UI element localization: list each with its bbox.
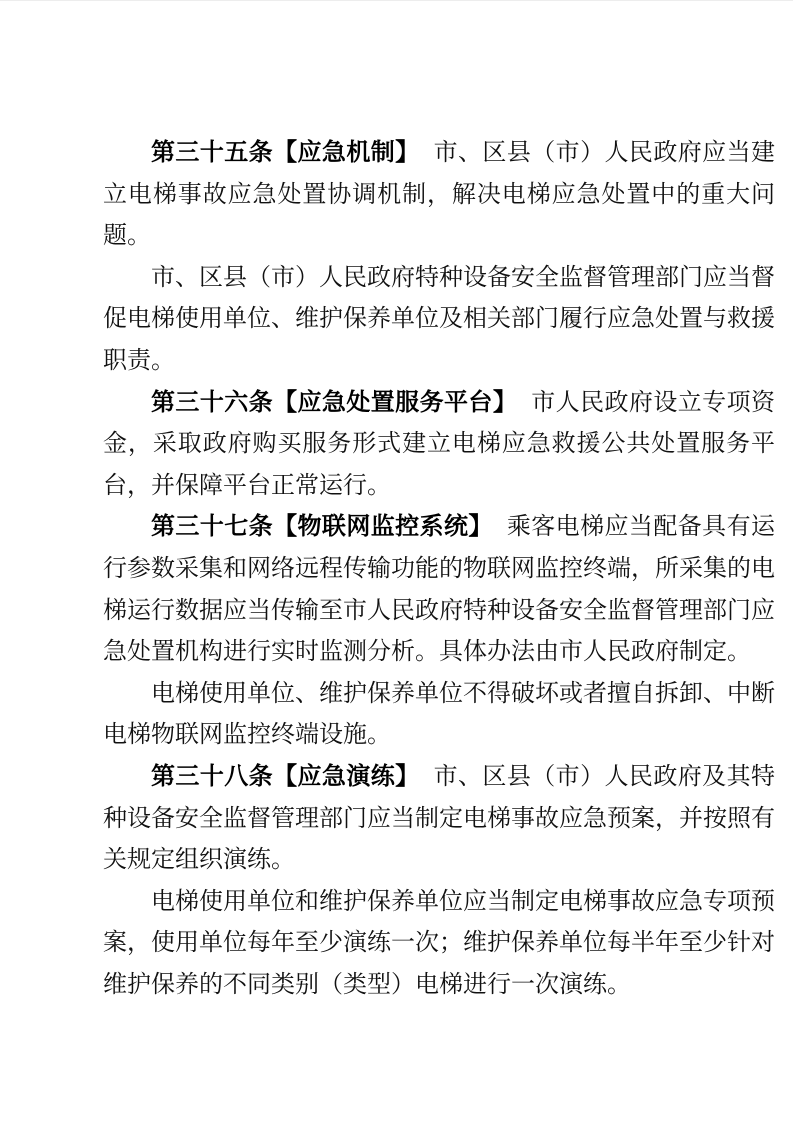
article-heading: 第三十五条【应急机制】	[151, 138, 420, 166]
paragraph: 电梯使用单位和维护保养单位应当制定电梯事故应急专项预案，使用单位每年至少演练一次…	[103, 881, 775, 1006]
paragraph: 第三十五条【应急机制】市、区县（市）人民政府应当建立电梯事故应急处置协调机制，解…	[103, 132, 775, 257]
paragraph: 第三十七条【物联网监控系统】乘客电梯应当配备具有运行参数采集和网络远程传输功能的…	[103, 506, 775, 672]
document-body: 第三十五条【应急机制】市、区县（市）人民政府应当建立电梯事故应急处置协调机制，解…	[103, 132, 775, 1005]
document-page: 第三十五条【应急机制】市、区县（市）人民政府应当建立电梯事故应急处置协调机制，解…	[0, 0, 793, 1122]
paragraph: 第三十八条【应急演练】市、区县（市）人民政府及其特种设备安全监督管理部门应当制定…	[103, 756, 775, 881]
paragraph: 电梯使用单位、维护保养单位不得破坏或者擅自拆卸、中断电梯物联网监控终端设施。	[103, 673, 775, 756]
paragraph: 第三十六条【应急处置服务平台】市人民政府设立专项资金，采取政府购买服务形式建立电…	[103, 382, 775, 507]
article-heading: 第三十七条【物联网监控系统】	[151, 512, 493, 540]
paragraph-text: 电梯使用单位和维护保养单位应当制定电梯事故应急专项预案，使用单位每年至少演练一次…	[103, 887, 775, 998]
paragraph-text: 市、区县（市）人民政府特种设备安全监督管理部门应当督促电梯使用单位、维护保养单位…	[103, 263, 775, 374]
paragraph-text: 电梯使用单位、维护保养单位不得破坏或者擅自拆卸、中断电梯物联网监控终端设施。	[103, 679, 775, 749]
article-heading: 第三十六条【应急处置服务平台】	[151, 388, 517, 416]
article-heading: 第三十八条【应急演练】	[151, 762, 420, 790]
paragraph: 市、区县（市）人民政府特种设备安全监督管理部门应当督促电梯使用单位、维护保养单位…	[103, 257, 775, 382]
